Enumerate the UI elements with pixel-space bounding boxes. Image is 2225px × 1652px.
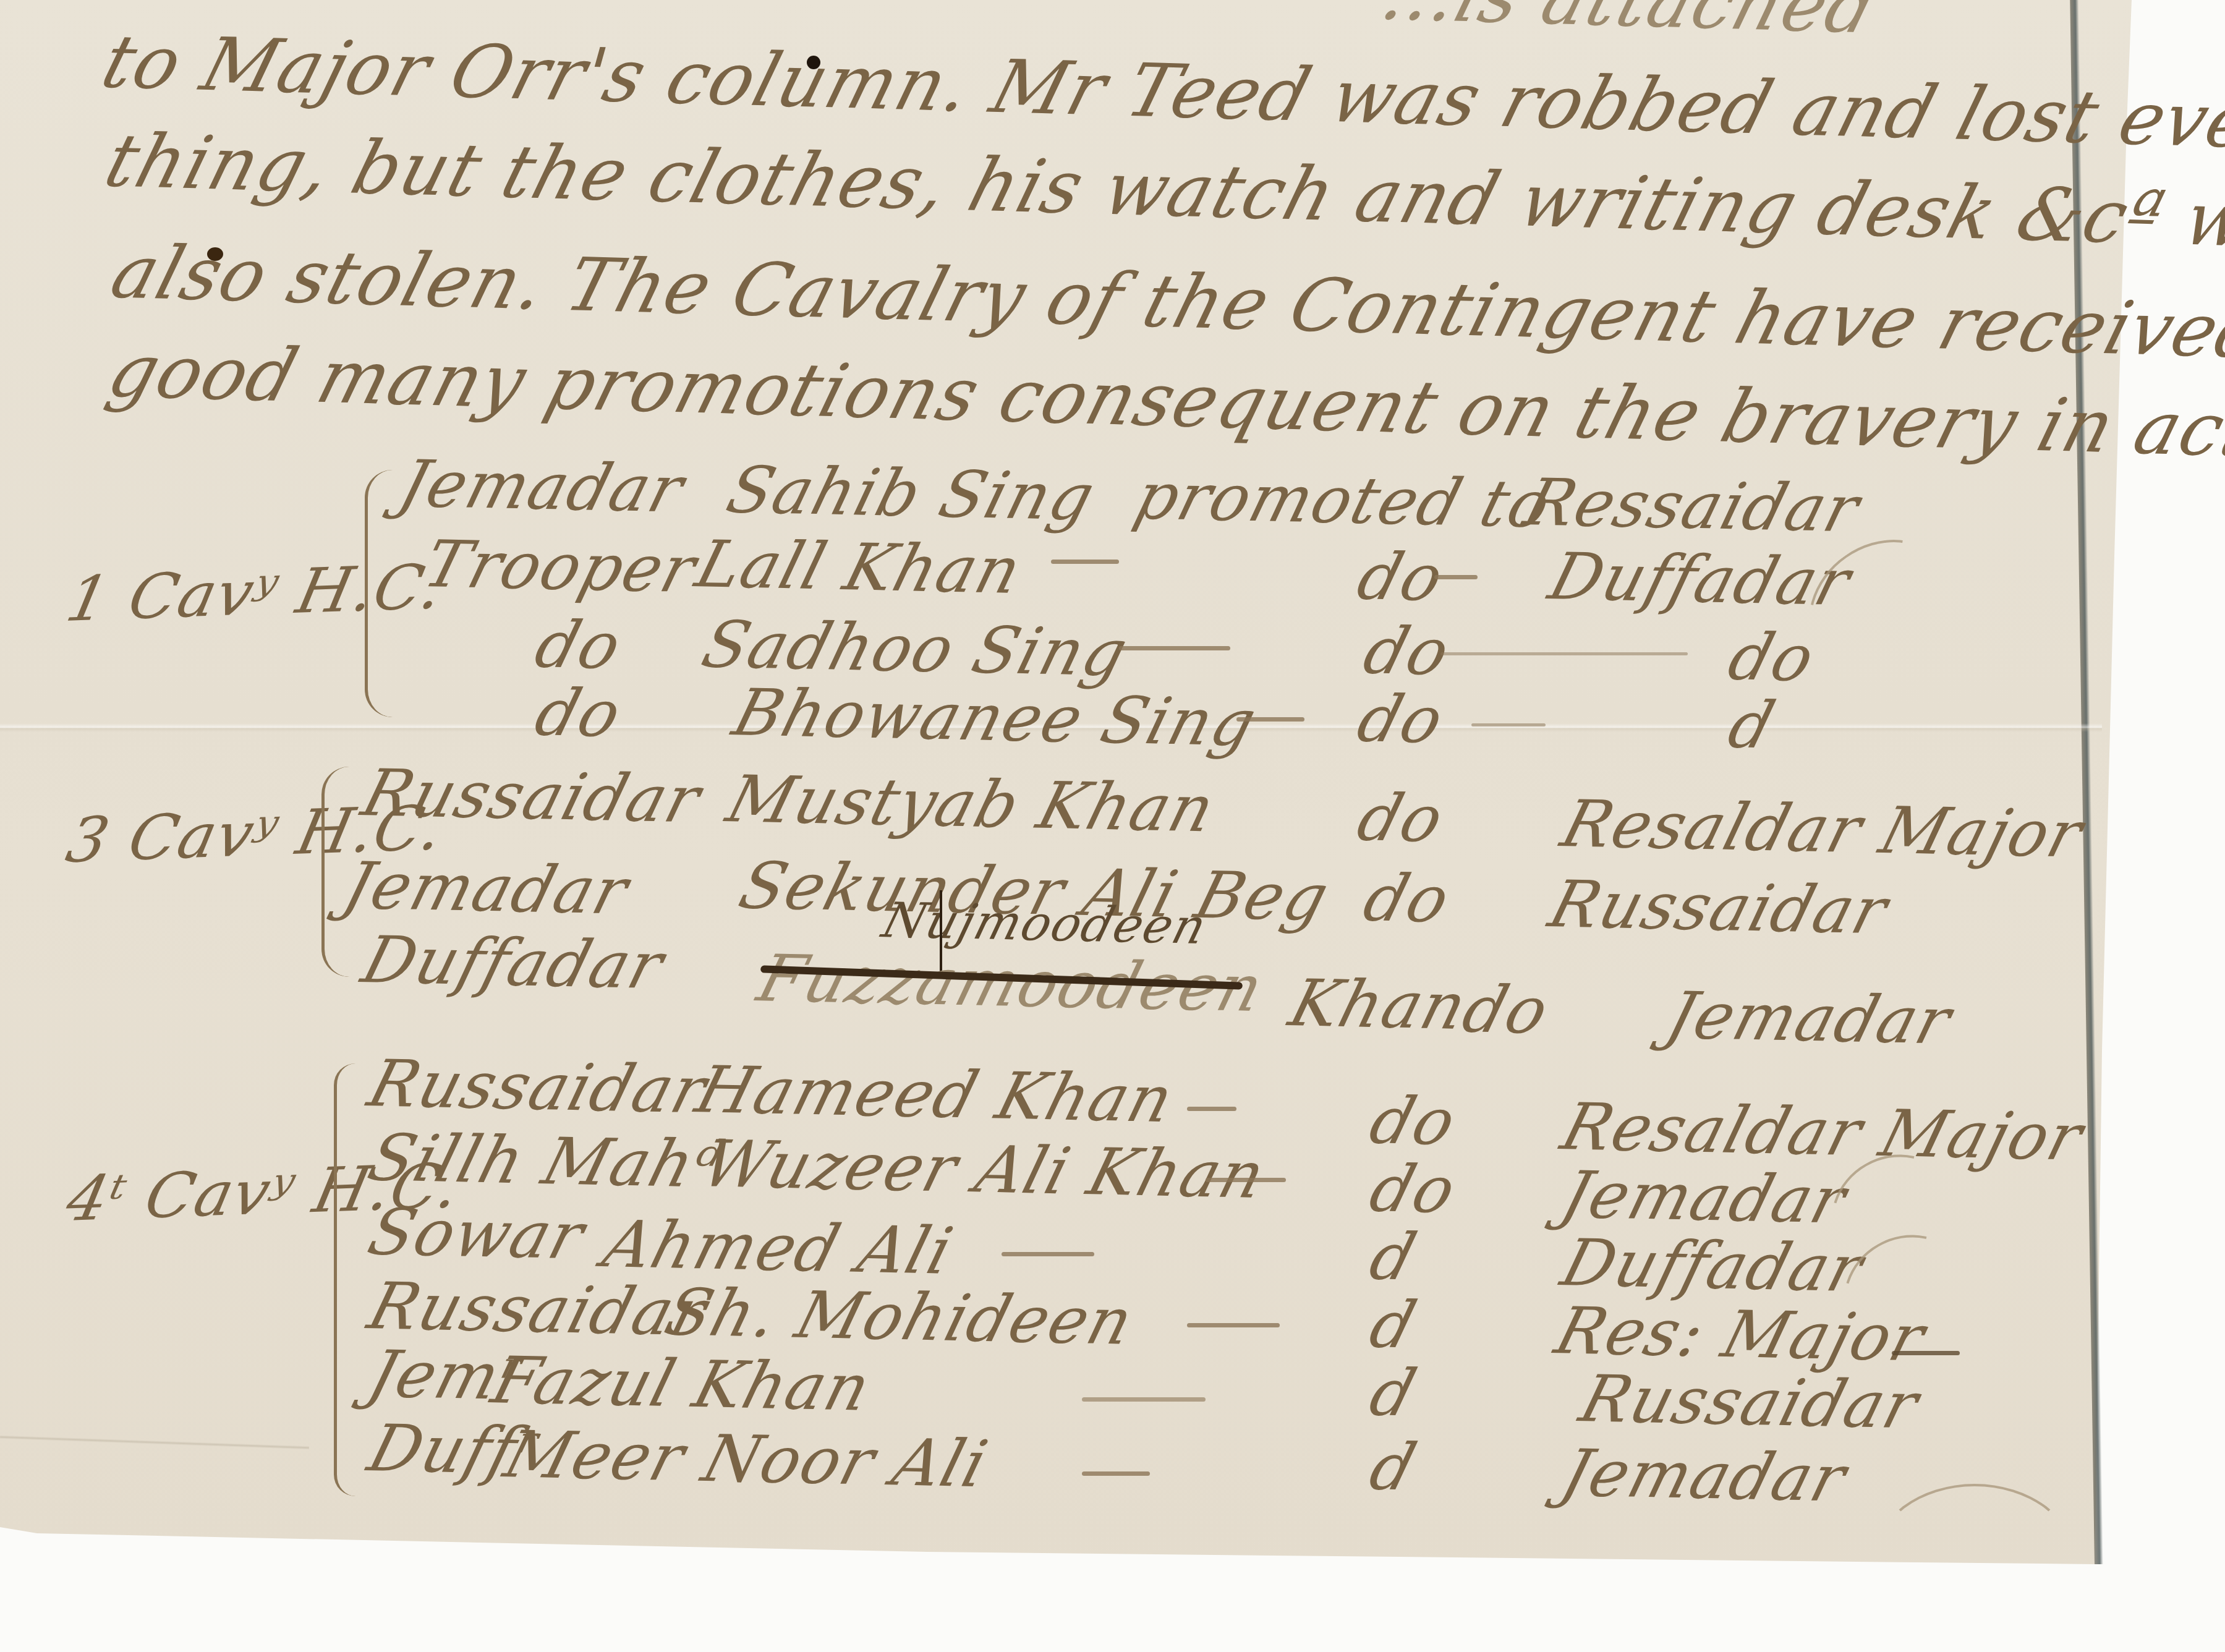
- rank: Sillh Mahᵈ: [362, 1125, 729, 1197]
- new-rank: Ressaidar: [1518, 470, 1866, 541]
- ditto-dash: [1440, 652, 1688, 655]
- ditto-dash: [1051, 560, 1119, 564]
- ditto-dash: [1187, 1107, 1236, 1111]
- ditto: do: [1351, 686, 1451, 752]
- rank: Trooper: [418, 532, 704, 602]
- ditto-dash: [1002, 1252, 1094, 1256]
- new-rank: Res: Major: [1549, 1298, 1932, 1370]
- name-suffix: Khan: [1283, 971, 1474, 1039]
- ditto-dash: [1206, 1178, 1286, 1182]
- new-rank: Resaldar Major: [1555, 791, 2090, 867]
- ditto-dash: [1434, 575, 1478, 579]
- new-rank: Russaidar: [1574, 1366, 1926, 1437]
- new-rank: do: [1722, 624, 1822, 691]
- new-rank: Jemadar: [1661, 983, 1959, 1054]
- new-rank: Jemadar: [1555, 1441, 1853, 1511]
- ditto-dash: [1082, 1397, 1206, 1402]
- ditto: promoted to: [1129, 464, 1558, 537]
- ditto: do: [1457, 977, 1556, 1043]
- rank: do: [529, 612, 629, 678]
- ditto: do: [1358, 866, 1457, 932]
- name: Mustyab Khan: [721, 767, 1222, 841]
- name: Wuzeer Ali Khan: [696, 1131, 1272, 1207]
- ditto-dash: [1187, 1323, 1280, 1327]
- rank: Sowar: [362, 1199, 592, 1268]
- ditto: do: [1364, 1088, 1463, 1154]
- new-rank: Russaidar: [1543, 872, 1895, 943]
- rank: Duffadar: [356, 927, 671, 998]
- section-brace-4: [334, 1063, 355, 1496]
- new-rank: Jemadar: [1555, 1162, 1853, 1233]
- section-brace-3: [321, 767, 349, 977]
- name: Sahib Sing: [721, 458, 1102, 529]
- ditto-dash: [1082, 1471, 1150, 1476]
- new-rank: Duffadar: [1555, 1230, 1870, 1301]
- ditto: do: [1358, 618, 1457, 684]
- ink-blot: [207, 247, 223, 261]
- ink-blot: [807, 56, 820, 69]
- partial-top-line: ...is attached: [1375, 0, 1886, 43]
- ditto-dash: [1471, 723, 1546, 726]
- name: Fazul Khan: [486, 1348, 878, 1420]
- name: Meer Noor Ali: [498, 1422, 995, 1496]
- name: Sh. Mohideen: [659, 1280, 1140, 1354]
- name: Ahmed Ali: [597, 1212, 960, 1284]
- section-brace-1: [365, 470, 393, 717]
- ditto: do: [1364, 1156, 1463, 1222]
- flourish: [1873, 1484, 2076, 1637]
- name: Hameed Khan: [690, 1057, 1181, 1131]
- ditto: do: [1351, 785, 1451, 851]
- rank: Jemadar: [393, 451, 691, 522]
- ditto-dash: [1236, 717, 1304, 722]
- rank: Russaidar: [356, 760, 708, 832]
- rank: Russaidar: [362, 1051, 714, 1122]
- rank: do: [529, 680, 629, 746]
- ditto-dash: [1119, 646, 1230, 650]
- flourish-dash: [1892, 1351, 1960, 1355]
- name: Bhowanee Sing: [727, 680, 1264, 756]
- name: Lall Khan: [690, 532, 1029, 603]
- rank: Jemadar: [338, 853, 636, 924]
